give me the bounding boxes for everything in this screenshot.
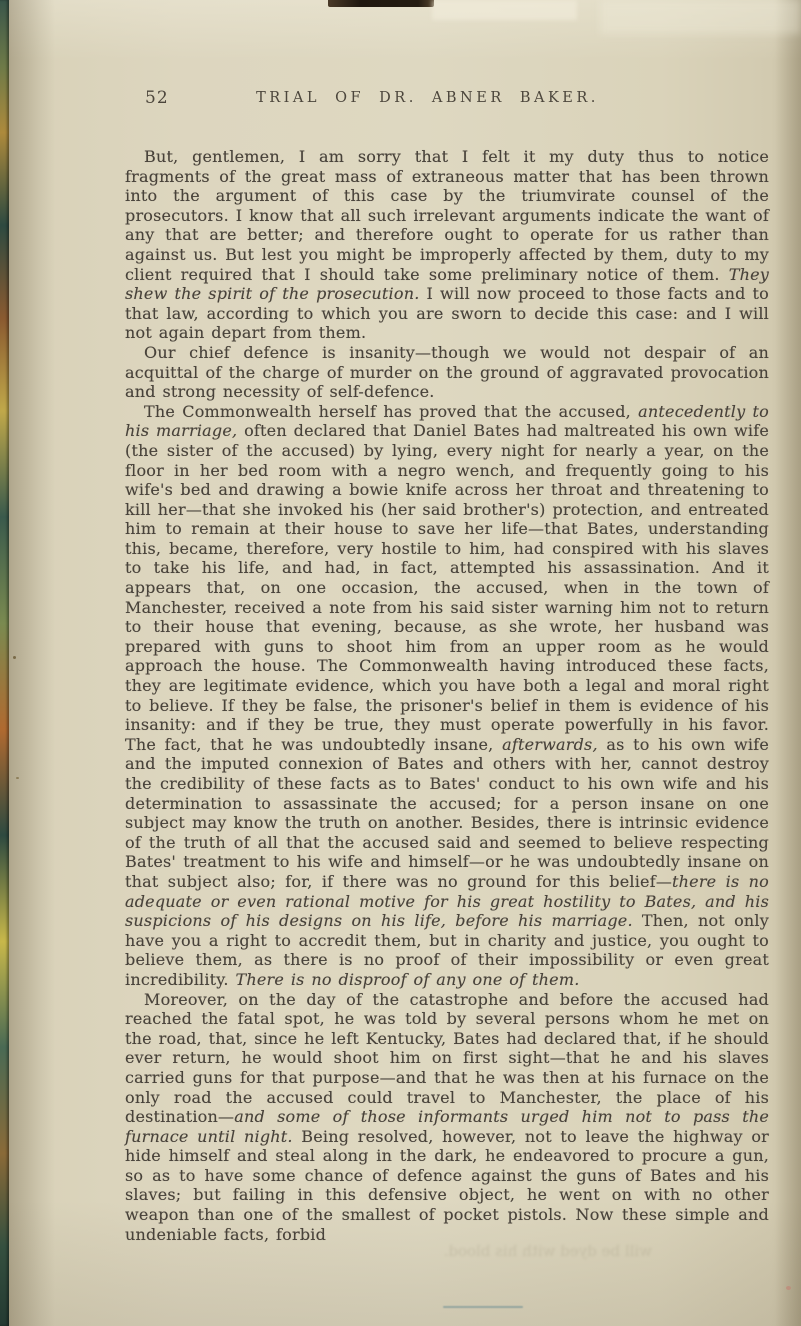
scan-artifact-light-patch xyxy=(600,0,801,34)
paragraph: But, gentlemen, I am sorry that I felt i… xyxy=(125,147,769,343)
gutter-shadow xyxy=(9,0,55,1326)
text-segment: Moreover, on the day of the catastrophe … xyxy=(125,990,769,1127)
text-segment: as to his own wife and the imputed conne… xyxy=(125,735,769,891)
paragraph: Our chief defence is insanity—though we … xyxy=(125,343,769,402)
running-header: TRIAL OF DR. ABNER BAKER. xyxy=(54,90,801,106)
text-segment: The Commonwealth herself has proved that… xyxy=(144,402,638,421)
paper-speck xyxy=(786,1286,791,1290)
text-segment: often declared that Daniel Bates had mal… xyxy=(125,421,769,754)
page-edge-shadow xyxy=(775,0,801,1326)
paragraph: Moreover, on the day of the catastrophe … xyxy=(125,990,769,1245)
marbled-binding-edge xyxy=(0,0,9,1326)
italic-text-segment: There is no disproof of any one of them. xyxy=(235,970,579,989)
book-page-scan: 52 TRIAL OF DR. ABNER BAKER. But, gentle… xyxy=(0,0,801,1326)
ink-smudge-line xyxy=(443,1306,523,1308)
paper-speck xyxy=(13,656,16,659)
bleed-through-text: will be dyed with his blood. xyxy=(402,1242,652,1260)
scan-artifact-dark-bar xyxy=(328,0,434,7)
paper-speck xyxy=(16,777,19,779)
text-segment: Our chief defence is insanity—though we … xyxy=(125,343,769,401)
text-segment: But, gentlemen, I am sorry that I felt i… xyxy=(125,147,769,284)
page-body-text: But, gentlemen, I am sorry that I felt i… xyxy=(125,147,769,1244)
italic-text-segment: afterwards, xyxy=(502,735,598,754)
scan-artifact-light-patch xyxy=(432,0,577,20)
paragraph: The Commonwealth herself has proved that… xyxy=(125,402,769,990)
